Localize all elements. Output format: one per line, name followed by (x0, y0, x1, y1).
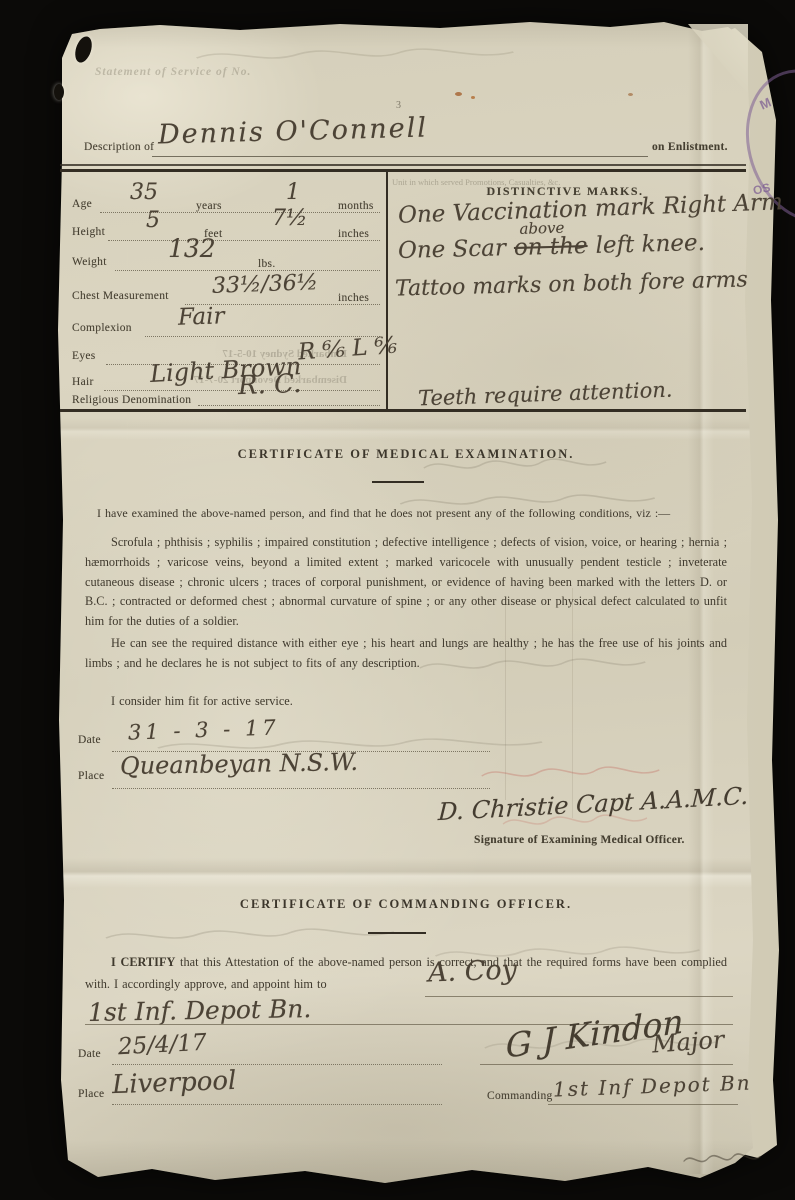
unit-value: 1st Inf. Depot Bn. (88, 994, 312, 1027)
co-para-bold: I CERTIFY (111, 955, 175, 969)
field-label-chest: Chest Measurement (72, 290, 169, 302)
box-divider (386, 172, 388, 409)
medical-date-label: Date (78, 734, 101, 746)
field-label-weight: Weight (72, 256, 107, 268)
title-rule (368, 932, 426, 934)
appointment-line (425, 996, 733, 997)
line2-insertion: aboveon the (514, 233, 588, 261)
line2-post: left knee. (595, 230, 705, 259)
co-place-label: Place (78, 1088, 104, 1100)
field-label-religion: Religious Denomination (72, 394, 191, 406)
field-label-eyes: Eyes (72, 350, 96, 362)
bleedthrough-scribble (190, 42, 520, 68)
medical-para-3: He can see the required distance with ei… (85, 634, 727, 674)
field-value-height-inches: 7½ (272, 206, 307, 231)
dotted-line (198, 405, 380, 406)
unit-inches: inches (338, 228, 369, 240)
document-scan: M OS Statement of Service of No. 3 Unit … (0, 0, 795, 1200)
medical-date-value: 31 - 3 - 17 (128, 715, 280, 744)
rule-thick-bottom (60, 409, 746, 412)
line2-pre: One Scar (398, 235, 507, 264)
medical-place-value: Queanbeyan N.S.W. (120, 748, 358, 780)
dotted-line (112, 1104, 442, 1105)
co-place-value: Liverpool (112, 1066, 237, 1100)
description-label: Description of (84, 141, 154, 153)
co-date-value: 25/4/17 (117, 1030, 207, 1061)
dotted-line (112, 788, 490, 789)
unit-inches: inches (338, 292, 369, 304)
bleedthrough-statement: Statement of Service of No. (95, 66, 251, 78)
co-certificate-title: CERTIFICATE OF COMMANDING OFFICER. (85, 897, 727, 912)
field-value-chest: 33½/36½ (212, 270, 319, 299)
field-label-hair: Hair (72, 376, 94, 388)
medical-certificate-title: CERTIFICATE OF MEDICAL EXAMINATION. (85, 447, 727, 462)
field-value-eyes: R ⁶⁄₆ L ⁶⁄₆ (297, 333, 398, 366)
medical-para-2: Scrofula ; phthisis ; syphilis ; impaire… (85, 533, 727, 632)
medical-para-4: I consider him fit for active service. (85, 692, 727, 712)
unit-years: years (196, 200, 222, 212)
page-content: Statement of Service of No. 3 Unit in wh… (0, 0, 795, 1200)
unit-months: months (338, 200, 374, 212)
line2-inserted-word: above (519, 219, 564, 238)
field-value-height-feet: 5 (146, 208, 160, 233)
co-para-rest: that this Attestation of the above-named… (85, 955, 727, 991)
commanding-label: Commanding (487, 1090, 553, 1102)
on-enlistment-label: on Enlistment. (652, 141, 728, 153)
dotted-line (115, 270, 380, 271)
medical-place-label: Place (78, 770, 104, 782)
field-label-age: Age (72, 198, 92, 210)
medical-signature-caption: Signature of Examining Medical Officer. (474, 834, 685, 846)
teeth-note: Teeth require attention. (418, 378, 673, 411)
field-value-weight: 132 (168, 234, 216, 263)
rule-thin (60, 164, 746, 166)
co-date-label: Date (78, 1048, 101, 1060)
field-value-religion: R. C. (237, 369, 301, 401)
commanding-line (548, 1104, 738, 1105)
signature-rank: Major (651, 1026, 725, 1059)
rule-thick-top (60, 169, 746, 172)
unit-lbs: lbs. (258, 258, 276, 270)
dotted-line (108, 240, 380, 241)
co-para-1: I CERTIFY that this Attestation of the a… (85, 952, 727, 995)
commanding-unit-value: 1st Inf Depot Bn (553, 1071, 752, 1102)
medical-para-1: I have examined the above-named person, … (85, 504, 727, 524)
dotted-line (112, 1064, 442, 1065)
recruit-name-handwritten: Dennis O'Connell (158, 112, 429, 150)
signature-line (480, 1064, 733, 1065)
page-number: 3 (396, 100, 401, 111)
description-underline (152, 156, 648, 157)
field-label-complexion: Complexion (72, 322, 132, 334)
corner-scribble (682, 1148, 762, 1170)
bleedthrough-scribble (100, 922, 400, 948)
title-rule (372, 481, 424, 483)
appointment-value: A. Coy (427, 954, 517, 988)
dotted-line (100, 212, 380, 213)
field-value-age-months: 1 (286, 180, 300, 205)
distinctive-mark-line2: One Scaraboveon theleft knee. (398, 230, 705, 264)
distinctive-mark-line3: Tattoo marks on both fore arms (395, 267, 748, 301)
field-label-height: Height (72, 226, 105, 238)
field-value-age: 35 (130, 180, 158, 205)
field-value-complexion: Fair (178, 303, 225, 331)
